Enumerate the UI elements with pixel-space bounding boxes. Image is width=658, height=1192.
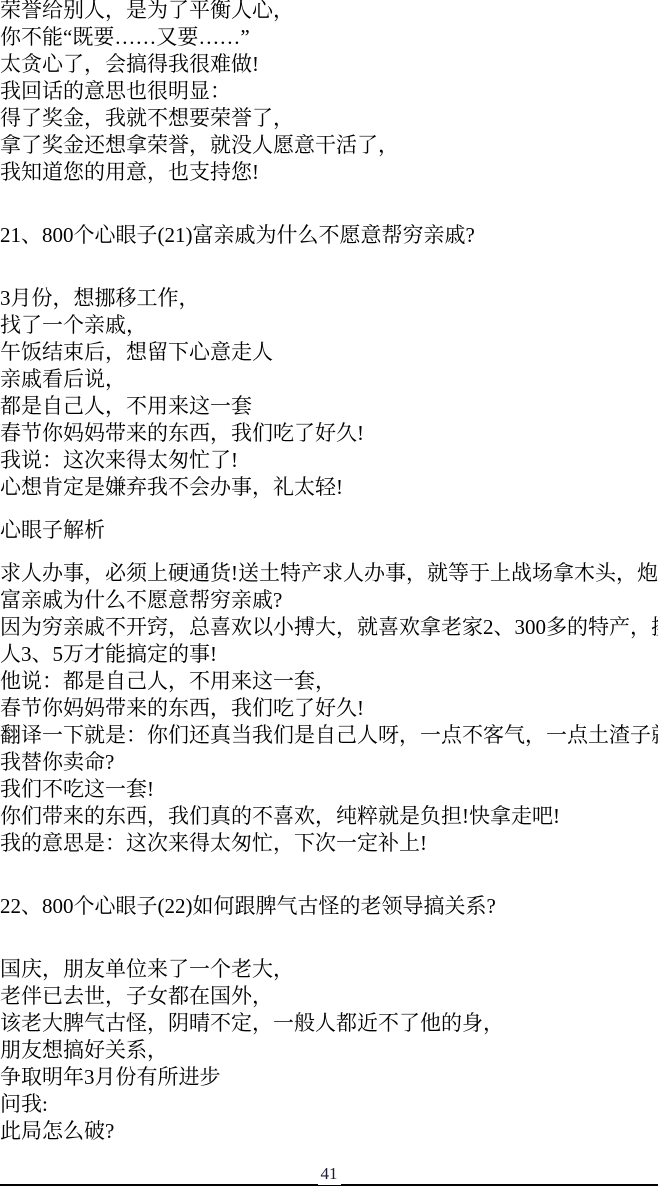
text-line: 我的意思是：这次来得太匆忙，下次一定补上! bbox=[0, 830, 658, 857]
text-line: 朋友想搞好关系， bbox=[0, 1037, 658, 1064]
text-line: 22、800个心眼子(22)如何跟脾气古怪的老领导搞关系? bbox=[0, 893, 658, 920]
text-line: 人3、5万才能搞定的事! bbox=[0, 641, 658, 668]
text-line: 他说：都是自己人，不用来这一套， bbox=[0, 668, 658, 695]
text-paragraph: 心眼子解析 bbox=[0, 517, 658, 544]
text-line: 翻译一下就是：你们还真当我们是自己人呀，一点不客气，一点土渣子就想打发 bbox=[0, 722, 658, 749]
text-line: 因为穷亲戚不开窍，总喜欢以小搏大，就喜欢拿老家2、300多的特产，换取别 bbox=[0, 614, 658, 641]
text-line: 心想肯定是嫌弃我不会办事，礼太轻! bbox=[0, 474, 658, 501]
text-line: 太贪心了，会搞得我很难做! bbox=[0, 51, 658, 78]
section-heading: 21、800个心眼子(21)富亲戚为什么不愿意帮穷亲戚? bbox=[0, 222, 658, 249]
text-line: 午饭结束后，想留下心意走人 bbox=[0, 339, 658, 366]
text-line: 春节你妈妈带来的东西，我们吃了好久! bbox=[0, 420, 658, 447]
text-line: 21、800个心眼子(21)富亲戚为什么不愿意帮穷亲戚? bbox=[0, 222, 658, 249]
text-line: 得了奖金，我就不想要荣誉了， bbox=[0, 105, 658, 132]
section-heading: 22、800个心眼子(22)如何跟脾气古怪的老领导搞关系? bbox=[0, 893, 658, 920]
document-page: { "page": { "width": 658, "height": 1192… bbox=[0, 0, 658, 1192]
document-content: 荣誉给别人，是为了平衡人心，你不能“既要……又要……”太贪心了，会搞得我很难做!… bbox=[0, 0, 658, 1161]
text-line: 问我: bbox=[0, 1091, 658, 1118]
text-line: 心眼子解析 bbox=[0, 517, 658, 544]
page-footer: 41 bbox=[0, 1163, 658, 1185]
text-line: 春节你妈妈带来的东西，我们吃了好久! bbox=[0, 695, 658, 722]
text-paragraph: 3月份，想挪移工作，找了一个亲戚，午饭结束后，想留下心意走人亲戚看后说，都是自己… bbox=[0, 285, 658, 501]
text-line: 你不能“既要……又要……” bbox=[0, 24, 658, 51]
text-line: 亲戚看后说， bbox=[0, 366, 658, 393]
text-paragraph: 国庆，朋友单位来了一个老大，老伴已去世，子女都在国外，该老大脾气古怪，阴晴不定，… bbox=[0, 956, 658, 1145]
text-line: 该老大脾气古怪，阴晴不定，一般人都近不了他的身， bbox=[0, 1010, 658, 1037]
text-line: 我回话的意思也很明显： bbox=[0, 78, 658, 105]
text-line: 你们带来的东西，我们真的不喜欢，纯粹就是负担!快拿走吧! bbox=[0, 803, 658, 830]
text-line: 老伴已去世，子女都在国外， bbox=[0, 983, 658, 1010]
text-line: 我知道您的用意，也支持您! bbox=[0, 159, 658, 186]
text-line: 此局怎么破? bbox=[0, 1118, 658, 1145]
text-line: 争取明年3月份有所进步 bbox=[0, 1064, 658, 1091]
text-line: 求人办事，必须上硬通货!送土特产求人办事，就等于上战场拿木头，炮灰的命。 bbox=[0, 560, 658, 587]
text-paragraph: 荣誉给别人，是为了平衡人心，你不能“既要……又要……”太贪心了，会搞得我很难做!… bbox=[0, 0, 658, 186]
text-line: 我说：这次来得太匆忙了! bbox=[0, 447, 658, 474]
text-line: 荣誉给别人，是为了平衡人心， bbox=[0, 0, 658, 24]
text-line: 找了一个亲戚， bbox=[0, 312, 658, 339]
text-line: 富亲戚为什么不愿意帮穷亲戚? bbox=[0, 587, 658, 614]
page-number: 41 bbox=[318, 1163, 341, 1185]
text-line: 我替你卖命? bbox=[0, 749, 658, 776]
text-line: 我们不吃这一套! bbox=[0, 776, 658, 803]
text-line: 都是自己人，不用来这一套 bbox=[0, 393, 658, 420]
text-paragraph: 求人办事，必须上硬通货!送土特产求人办事，就等于上战场拿木头，炮灰的命。富亲戚为… bbox=[0, 560, 658, 857]
text-line: 拿了奖金还想拿荣誉，就没人愿意干活了， bbox=[0, 132, 658, 159]
text-line: 国庆，朋友单位来了一个老大， bbox=[0, 956, 658, 983]
text-line: 3月份，想挪移工作， bbox=[0, 285, 658, 312]
